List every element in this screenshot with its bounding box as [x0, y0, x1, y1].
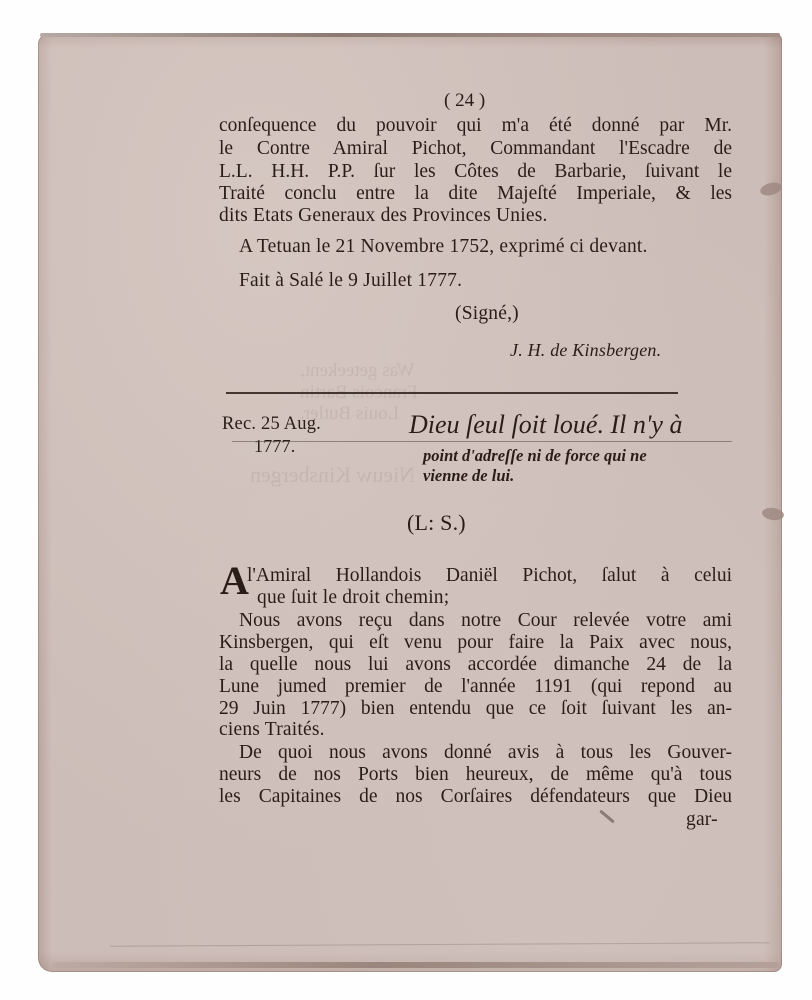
- body-line: dits Etats Generaux des Provinces Unies.: [219, 205, 548, 227]
- opening-line: l'Amiral Hollandois Daniël Pichot, ſalut…: [247, 565, 732, 587]
- heading-underline: [232, 441, 732, 442]
- opening-line: que ſuit le droit chemin;: [257, 587, 449, 609]
- signature: J. H. de Kinsbergen.: [510, 340, 661, 361]
- body-line: le Contre Amiral Pichot, Commandant l'Es…: [219, 138, 732, 160]
- body-line: Traité conclu entre la dite Majeſté Impe…: [219, 183, 732, 205]
- drop-cap-letter: A: [220, 561, 249, 601]
- scanned-document-scene: Was geteekent, Francois Bartin Louis But…: [0, 0, 812, 1000]
- paragraph-line: ciens Traités.: [219, 719, 325, 741]
- body-line: L.L. H.H. P.P. ſur les Côtes de Barbarie…: [219, 161, 732, 183]
- signe-label: (Signé,): [455, 303, 519, 325]
- invocation-subline: point d'adreſſe ni de force qui ne: [423, 446, 647, 466]
- margin-note-year: 1777.: [254, 436, 296, 457]
- margin-note-received: Rec. 25 Aug.: [222, 414, 321, 435]
- tetuan-date-line: A Tetuan le 21 Novembre 1752, exprimé ci…: [239, 236, 648, 258]
- paragraph-line: la quelle nous lui avons accordée dimanc…: [219, 654, 732, 676]
- paragraph-line: De quoi nous avons donné avis à tous les…: [239, 742, 732, 764]
- show-through-text: Was geteekent,: [300, 360, 415, 382]
- section-divider-rule: [226, 392, 678, 394]
- paragraph-line: Lune jumed premier de l'année 1191 (qui …: [219, 676, 732, 698]
- seal-mark: (L: S.): [407, 510, 466, 536]
- paragraph-line: les Capitaines de nos Corſaires défendat…: [219, 786, 732, 808]
- body-line: conſequence du pouvoir qui m'a été donné…: [219, 115, 732, 137]
- page-bottom-edge: [52, 962, 778, 968]
- page-top-edge: [40, 33, 780, 37]
- invocation-subline: vienne de lui.: [423, 466, 514, 486]
- show-through-text: Nieuw Kinsbergen: [250, 462, 415, 488]
- paragraph-line: Kinsbergen, qui eſt venu pour faire la P…: [219, 632, 732, 654]
- page-number: ( 24 ): [444, 90, 485, 112]
- catchword: gar-: [686, 809, 718, 831]
- invocation-heading: Dieu ſeul ſoit loué. Il n'y à: [409, 410, 682, 440]
- paragraph-line: 29 Juin 1777) bien entendu que ce ſoit ſ…: [219, 698, 732, 720]
- paragraph-line: neurs de nos Ports bien heureux, de même…: [219, 764, 732, 786]
- sale-date-line: Fait à Salé le 9 Juillet 1777.: [239, 270, 462, 292]
- paragraph-line: Nous avons reçu dans notre Cour relevée …: [239, 610, 732, 632]
